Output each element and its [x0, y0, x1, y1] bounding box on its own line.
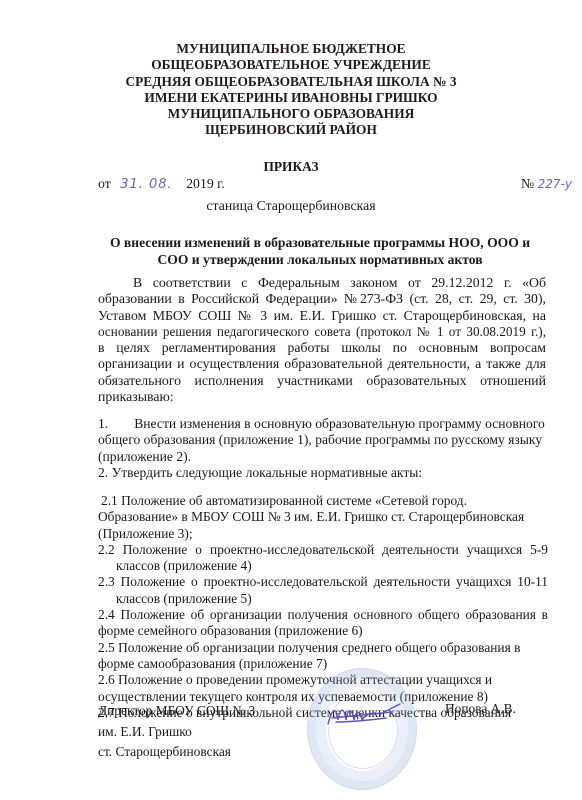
order-date: от 31. 08. 2019 г.	[98, 176, 225, 193]
preamble-line: организации и осуществления образователь…	[98, 356, 546, 372]
subitem-line: классов (приложение 4)	[98, 558, 548, 574]
subitem-line: 2.5 Положение об организации получения с…	[98, 640, 548, 656]
date-prefix: от	[98, 176, 111, 191]
subitem-2-4: 2.4 Положение об организации получения о…	[98, 607, 548, 640]
subitem-line: форме семейного образования (приложение …	[98, 623, 548, 639]
preamble-line: основании решения педагогического совета…	[98, 324, 546, 340]
preamble-line: образовании в Российской Федерации» №273…	[98, 291, 546, 307]
preamble-line: приказываю:	[98, 389, 546, 405]
number-prefix: №	[521, 176, 534, 191]
header-line: МУНИЦИПАЛЬНОГО ОБРАЗОВАНИЯ	[0, 106, 582, 122]
subitem-2-3: 2.3 Положение о проектно-исследовательск…	[98, 574, 548, 607]
subitem-line: (Приложение 3);	[98, 526, 548, 542]
header-line: ИМЕНИ ЕКАТЕРИНЫ ИВАНОВНЫ ГРИШКО	[0, 90, 582, 106]
item-line: Внести изменения в основную образователь…	[134, 416, 545, 431]
header-line: СРЕДНЯЯ ОБЩЕОБРАЗОВАТЕЛЬНАЯ ШКОЛА № 3	[0, 74, 582, 90]
date-handwritten: 31. 08.	[120, 177, 172, 192]
subitem-line: 2.1 Положение об автоматизированной сист…	[98, 493, 548, 509]
subitem-line: форме самообразования (приложение 7)	[98, 656, 548, 672]
preamble-line: В соответствии с Федеральным законом от …	[98, 275, 546, 291]
number-handwritten: 227-у	[538, 177, 572, 191]
subitem-line: 2.4 Положение об организации получения о…	[98, 607, 548, 623]
preamble: В соответствии с Федеральным законом от …	[98, 275, 546, 405]
signatory-line: Директор МБОУ СОШ № 3	[98, 701, 255, 722]
subitem-line: классов (приложение 5)	[98, 591, 548, 607]
item-2: 2. Утвердить следующие локальные нормати…	[98, 465, 422, 481]
subitem-line: Образование» в МБОУ СОШ № 3 им. Е.И. Гри…	[98, 509, 548, 525]
preamble-line: в целях регламентирования работы школы п…	[98, 340, 546, 356]
subitem-2-5: 2.5 Положение об организации получения с…	[98, 640, 548, 673]
preamble-line: обязательного исполнения участниками обр…	[98, 373, 546, 389]
item-line: (приложение 2).	[98, 449, 548, 465]
subject-line: СОО и утверждении локальных нормативных …	[0, 252, 582, 269]
order-document-page: МУНИЦИПАЛЬНОЕ БЮДЖЕТНОЕ ОБЩЕОБРАЗОВАТЕЛЬ…	[0, 0, 582, 800]
institution-header: МУНИЦИПАЛЬНОЕ БЮДЖЕТНОЕ ОБЩЕОБРАЗОВАТЕЛЬ…	[0, 41, 582, 139]
signatory-name: Попова А.В.	[445, 701, 516, 717]
signature-icon	[322, 700, 406, 730]
order-place: станица Старощербиновская	[0, 198, 582, 214]
header-line: ЩЕРБИНОВСКИЙ РАЙОН	[0, 122, 582, 138]
document-title: ПРИКАЗ	[0, 159, 582, 175]
item-number: 1.	[98, 416, 108, 431]
item-1: 1.Внести изменения в основную образовате…	[98, 416, 548, 465]
subitem-2-2: 2.2 Положение о проектно-исследовательск…	[98, 542, 548, 575]
header-line: ОБЩЕОБРАЗОВАТЕЛЬНОЕ УЧРЕЖДЕНИЕ	[0, 57, 582, 73]
item-line: общего образования (приложение 1), рабоч…	[98, 432, 548, 448]
subitem-line: 2.3 Положение о проектно-исследовательск…	[98, 574, 548, 590]
subject-line: О внесении изменений в образовательные п…	[0, 235, 582, 252]
order-number: № 227-у	[521, 176, 572, 192]
signatory-position: Директор МБОУ СОШ № 3 им. Е.И. Гришко ст…	[98, 701, 255, 763]
header-line: МУНИЦИПАЛЬНОЕ БЮДЖЕТНОЕ	[0, 41, 582, 57]
signatory-line: им. Е.И. Гришко	[98, 722, 255, 743]
signatory-line: ст. Старощербиновская	[98, 742, 255, 763]
subitem-2-1: 2.1 Положение об автоматизированной сист…	[98, 493, 548, 542]
date-year: 2019 г.	[186, 176, 225, 191]
subitem-line: 2.2 Положение о проектно-исследовательск…	[98, 542, 548, 558]
order-subject: О внесении изменений в образовательные п…	[0, 235, 582, 268]
preamble-line: Уставом МБОУ СОШ № 3 им. Е.И. Гришко ст.…	[98, 308, 546, 324]
